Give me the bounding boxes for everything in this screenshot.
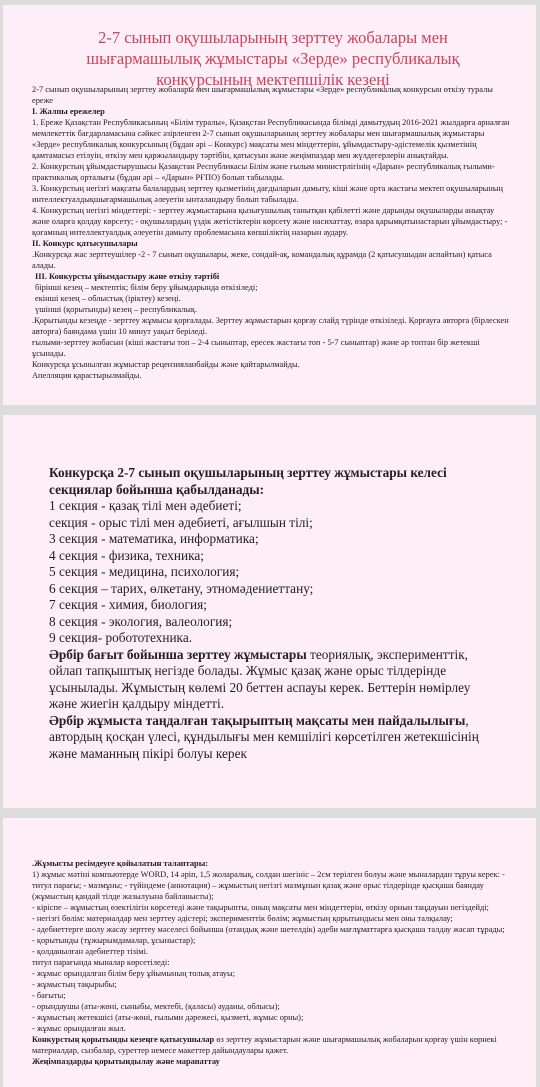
stage-item: бірінші кезең – мектептік; білім беру ұй…: [32, 282, 512, 293]
document-title: 2-7 сынып оқушыларының зерттеу жобалары …: [63, 27, 483, 90]
section-3-text: Апелляция қарастырылмайды.: [32, 370, 512, 381]
section-list-item: 8 секция - экология, валеология;: [49, 614, 489, 631]
section-2-text: .Конкурсқа жас зерттеушілер -2 - 7 сынып…: [32, 249, 512, 271]
requirement-item: - орындаушы (аты-жөні, сыныбы, мектебі, …: [32, 1001, 512, 1012]
section-list-item: 1 секция - қазақ тілі мен әдебиеті;: [49, 498, 489, 515]
requirement-item: - кіріспе – жұмыстың өзектілігін көрсете…: [32, 902, 512, 913]
document-page-3: .Жұмысты ресімдеуге қойылатын талаптары:…: [3, 818, 536, 1087]
requirement-item: - жұмыс орындалған білім беру ұйымының т…: [32, 968, 512, 979]
requirements-heading: .Жұмысты ресімдеуге қойылатын талаптары:: [32, 858, 512, 869]
review-paragraph-lead: Әрбір жұмыста таңдалған тақырыптың мақса…: [49, 713, 465, 728]
research-paragraph-lead: Әрбір бағыт бойынша зерттеу жұмыстары: [49, 647, 307, 662]
research-paragraph: Әрбір бағыт бойынша зерттеу жұмыстары те…: [49, 647, 489, 713]
section-3-text: Конкурсқа ұсынылған жұмыстар рецензиялан…: [32, 359, 512, 370]
section-1-item: 1. Ереже Қазақстан Республикасының «Білі…: [32, 117, 512, 161]
requirement-item: 1) жұмыс мәтіні компьютерде WORD, 14 әрі…: [32, 869, 512, 902]
section-list-item: 9 секция- робототехника.: [49, 630, 489, 647]
review-paragraph: Әрбір жұмыста таңдалған тақырыптың мақса…: [49, 713, 489, 763]
section-1-heading: І. Жалпы ережелер: [32, 106, 512, 117]
document-page-1: 2-7 сынып оқушыларының зерттеу жобалары …: [3, 5, 536, 405]
section-list-item: 6 секция – тарих, өлкетану, этномәдениет…: [49, 581, 489, 598]
section-list-item: 3 секция - математика, информатика;: [49, 531, 489, 548]
requirements-body: .Жұмысты ресімдеуге қойылатын талаптары:…: [32, 858, 512, 1067]
document-page-2: Конкурсқа 2-7 сынып оқушыларының зерттеу…: [3, 415, 536, 808]
stage-item: екінші кезең – облыстық (іріктеу) кезеңі…: [32, 293, 512, 304]
requirement-item: - жұмыстың жетекшісі (аты-жөні, ғылыми д…: [32, 1012, 512, 1023]
section-2-heading: ІІ. Конкурс қатысушылары: [32, 238, 512, 249]
section-3-text: .Қорытынды кезеңде - зерттеу жұмысы қорғ…: [32, 315, 512, 337]
sections-heading: Конкурсқа 2-7 сынып оқушыларының зерттеу…: [49, 465, 489, 498]
section-list-item: 5 секция - медицина, психология;: [49, 564, 489, 581]
requirement-item: - әдебиеттерге шолу жасау зерттеу мәселе…: [32, 924, 512, 935]
regulations-body: 2-7 сынып оқушыларының зерттеу жобалары …: [32, 84, 512, 381]
sections-body: Конкурсқа 2-7 сынып оқушыларының зерттеу…: [49, 465, 489, 762]
section-3-heading: ІІІ. Конкурсты ұйымдастыру және өткізу т…: [32, 271, 512, 282]
requirement-item: - қолданылған әдебиеттер тізімі.: [32, 946, 512, 957]
requirement-item: - негізгі бөлім: материалдар мен зерттеу…: [32, 913, 512, 924]
section-list-item: секция - орыс тілі мен әдебиеті, ағылшын…: [49, 515, 489, 532]
requirement-item: - жұмыс орындалған жыл.: [32, 1023, 512, 1034]
section-list-item: 4 секция - физика, техника;: [49, 548, 489, 565]
section-1-item: 4. Конкурстың негізгі міндеттері: - зерт…: [32, 205, 512, 238]
requirement-item: - жұмыстың тақырыбы;: [32, 979, 512, 990]
section-1-item: 2. Конкурстың ұйымдастырушысы Қазақстан …: [32, 161, 512, 183]
section-1-item: 3. Конкурстың негізгі мақсаты балалардың…: [32, 183, 512, 205]
section-3-text: ғылыми-зерттеу жобасын (кіші жастағы топ…: [32, 337, 512, 359]
final-stage-lead: Конкурстың қорытынды кезеңге қатысушылар: [32, 1035, 214, 1044]
requirement-item: - бағыты;: [32, 990, 512, 1001]
section-list-item: 7 секция - химия, биология;: [49, 597, 489, 614]
requirement-item: - қорытынды (тұжырымдамалар, ұсыныстар);: [32, 935, 512, 946]
requirement-item: титул парағында мыналар көрсетіледі:: [32, 957, 512, 968]
final-stage-paragraph: Конкурстың қорытынды кезеңге қатысушылар…: [32, 1034, 512, 1056]
intro-text: 2-7 сынып оқушыларының зерттеу жобалары …: [32, 84, 512, 106]
winners-heading: Жеңімпаздарды қорытындылау және марапатт…: [32, 1056, 512, 1067]
stage-item: үшінші (қорытынды) кезең – республикалық…: [32, 304, 512, 315]
